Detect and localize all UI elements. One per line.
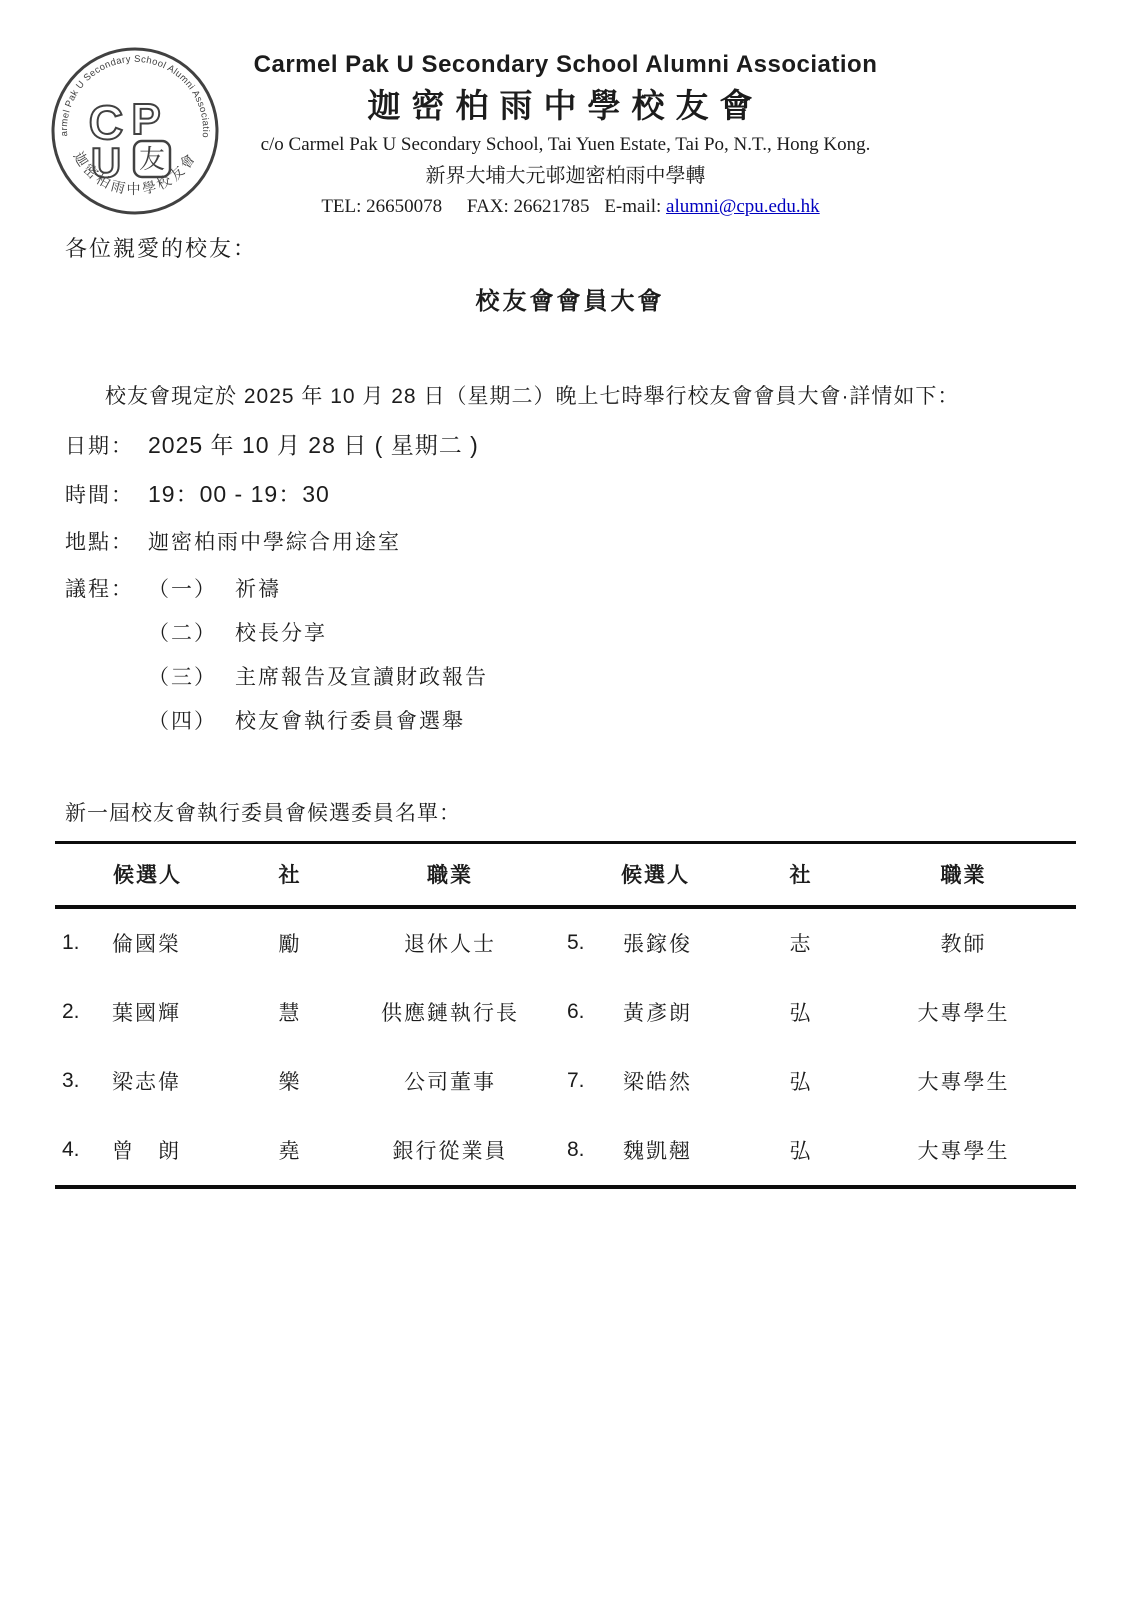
seal-monogram-p: P	[131, 95, 160, 144]
detail-row-venue: 地點： 迦密柏雨中學綜合用途室	[65, 528, 1075, 558]
seal-monogram-u: U	[91, 139, 121, 186]
cand-name: 梁皓然	[616, 1047, 751, 1116]
document-page: Carmel Pak U Secondary School Alumni Ass…	[0, 0, 1131, 1600]
cand-num: 8.	[560, 1116, 616, 1187]
email-label: E-mail:	[604, 196, 661, 217]
agenda-num-2: （二）	[148, 619, 235, 649]
candidates-table: 候選人 社 職業 候選人 社 職業 1. 倫國榮 勵 退休人士 5. 張鎵俊 志…	[55, 841, 1076, 1189]
date-label: 日期：	[65, 432, 148, 462]
agenda-num-3: （三）	[148, 663, 235, 693]
cand-name: 梁志偉	[105, 1047, 240, 1116]
cand-name: 黃彥朗	[616, 978, 751, 1047]
cand-occupation: 大專學生	[851, 978, 1076, 1047]
detail-row-time: 時間： 19：00 - 19：30	[65, 479, 1075, 511]
agenda-text-2: 校長分享	[235, 619, 327, 649]
table-row: 1. 倫國榮 勵 退休人士 5. 張鎵俊 志 教師	[55, 907, 1076, 978]
header-candidate-left: 候選人	[55, 843, 240, 908]
detail-row-date: 日期： 2025 年 10 月 28 日 ( 星期二 )	[65, 430, 1075, 462]
intro-paragraph: 校友會現定於 2025 年 10 月 28 日（星期二）晚上七時舉行校友會會員大…	[65, 382, 1075, 412]
letter-body: 各位親愛的校友： 校友會會員大會 校友會現定於 2025 年 10 月 28 日…	[65, 234, 1075, 829]
cand-house: 弘	[751, 978, 851, 1047]
table-row: 4. 曾 朗 堯 銀行從業員 8. 魏凱翹 弘 大專學生	[55, 1116, 1076, 1187]
cand-name: 魏凱翹	[616, 1116, 751, 1187]
cand-house: 樂	[240, 1047, 340, 1116]
header-occupation-right: 職業	[851, 843, 1076, 908]
cand-occupation: 教師	[851, 907, 1076, 978]
cand-occupation: 大專學生	[851, 1047, 1076, 1116]
cand-num: 3.	[55, 1047, 105, 1116]
agenda-row-4: （四） 校友會執行委員會選舉	[65, 707, 1075, 737]
cand-occupation: 銀行從業員	[340, 1116, 560, 1187]
date-value: 2025 年 10 月 28 日 ( 星期二 )	[148, 430, 479, 460]
agenda-row-2: （二） 校長分享	[65, 619, 1075, 649]
agenda-row-1: 議程： （一） 祈禱	[65, 575, 1075, 605]
salutation: 各位親愛的校友：	[65, 234, 1075, 264]
venue-label: 地點：	[65, 528, 148, 558]
agenda-num-1: （一）	[148, 575, 235, 605]
table-row: 3. 梁志偉 樂 公司董事 7. 梁皓然 弘 大專學生	[55, 1047, 1076, 1116]
cand-num: 6.	[560, 978, 616, 1047]
time-label: 時間：	[65, 481, 148, 511]
cand-num: 4.	[55, 1116, 105, 1187]
agenda-row-3: （三） 主席報告及宣讀財政報告	[65, 663, 1075, 693]
header-occupation-left: 職業	[340, 843, 560, 908]
cand-occupation: 供應鏈執行長	[340, 978, 560, 1047]
seal-monogram-you: 友	[139, 144, 165, 174]
venue-value: 迦密柏雨中學綜合用途室	[148, 528, 401, 558]
cand-house: 勵	[240, 907, 340, 978]
header-house-left: 社	[240, 843, 340, 908]
table-header-row: 候選人 社 職業 候選人 社 職業	[55, 843, 1076, 908]
cand-name: 張鎵俊	[616, 907, 751, 978]
agenda-num-4: （四）	[148, 707, 235, 737]
agenda-text-1: 祈禱	[235, 575, 281, 605]
cand-house: 弘	[751, 1047, 851, 1116]
cand-house: 志	[751, 907, 851, 978]
tel-number: TEL: 26650078	[321, 196, 442, 217]
email-link[interactable]: alumni@cpu.edu.hk	[666, 196, 820, 217]
cand-house: 弘	[751, 1116, 851, 1187]
cand-occupation: 大專學生	[851, 1116, 1076, 1187]
fax-number: FAX: 26621785	[467, 196, 590, 217]
seal-svg: Carmel Pak U Secondary School Alumni Ass…	[48, 44, 222, 218]
seal-ring-text-top: Carmel Pak U Secondary School Alumni Ass…	[48, 44, 211, 138]
agenda-label: 議程：	[65, 575, 148, 605]
cand-name: 葉國輝	[105, 978, 240, 1047]
cand-occupation: 退休人士	[340, 907, 560, 978]
cand-name: 倫國榮	[105, 907, 240, 978]
cand-house: 堯	[240, 1116, 340, 1187]
cand-name: 曾 朗	[105, 1116, 240, 1187]
cand-num: 7.	[560, 1047, 616, 1116]
time-value: 19：00 - 19：30	[148, 479, 330, 509]
candidate-list-intro: 新一屆校友會執行委員會候選委員名單：	[65, 799, 1075, 829]
cand-num: 2.	[55, 978, 105, 1047]
cand-occupation: 公司董事	[340, 1047, 560, 1116]
agenda-text-4: 校友會執行委員會選舉	[235, 707, 465, 737]
document-title: 校友會會員大會	[65, 286, 1075, 318]
cand-house: 慧	[240, 978, 340, 1047]
table-row: 2. 葉國輝 慧 供應鏈執行長 6. 黃彥朗 弘 大專學生	[55, 978, 1076, 1047]
cand-num: 1.	[55, 907, 105, 978]
header-candidate-right: 候選人	[560, 843, 751, 908]
meeting-details: 日期： 2025 年 10 月 28 日 ( 星期二 ) 時間： 19：00 -…	[65, 430, 1075, 737]
header-house-right: 社	[751, 843, 851, 908]
agenda-text-3: 主席報告及宣讀財政報告	[235, 663, 488, 693]
alumni-association-seal: Carmel Pak U Secondary School Alumni Ass…	[48, 44, 222, 218]
cand-num: 5.	[560, 907, 616, 978]
